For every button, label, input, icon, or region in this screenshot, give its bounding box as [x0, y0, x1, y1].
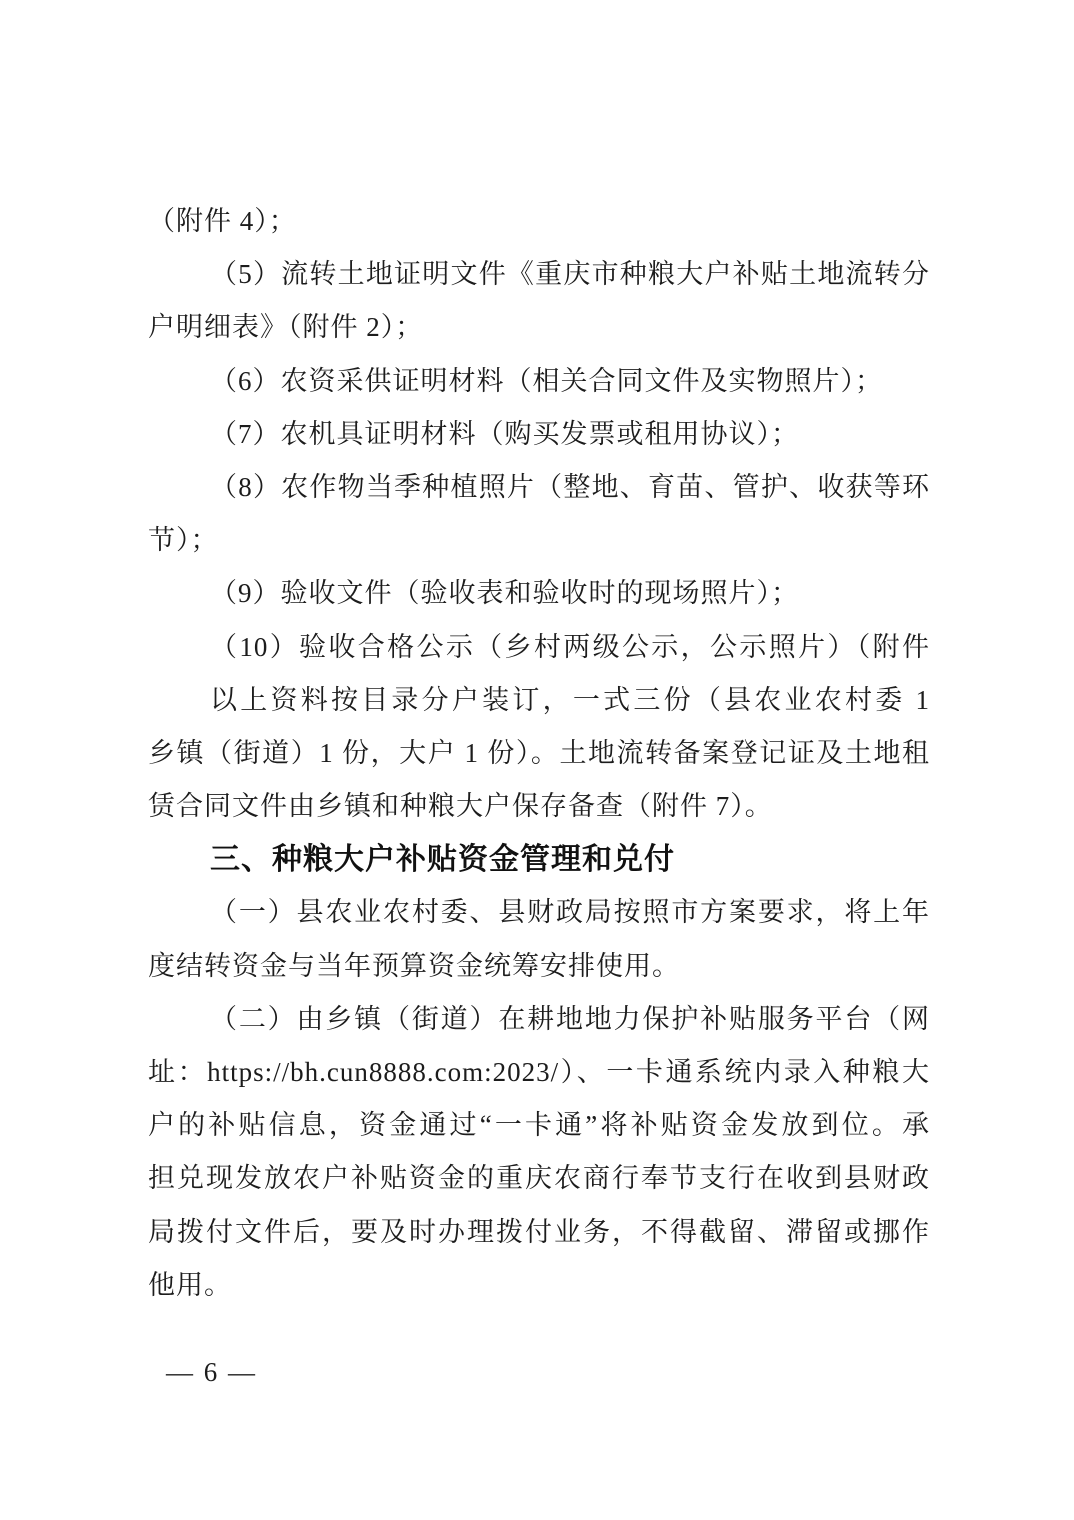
doc-line-5: （7）农机具证明材料（购买发票或租用协议）；	[148, 408, 930, 461]
doc-line-1: （附件 4）；	[148, 195, 930, 248]
doc-line-4: （6）农资采供证明材料（相关合同文件及实物照片）；	[148, 355, 930, 408]
doc-line-12: 赁合同文件由乡镇和种粮大户保存备查（附件 7）。	[148, 780, 930, 833]
doc-line-10: 以上资料按目录分户装订，一式三份（县农业农村委 1 份，	[148, 674, 930, 727]
doc-line-8: （9）验收文件（验收表和验收时的现场照片）；	[148, 567, 930, 620]
doc-line-20: 局拨付文件后，要及时办理拨付业务，不得截留、滞留或挪作	[148, 1206, 930, 1259]
doc-line-6: （8）农作物当季种植照片（整地、育苗、管护、收获等环	[148, 461, 930, 514]
doc-line-7: 节）；	[148, 514, 930, 567]
doc-line-17-url: 址：https://bh.cun8888.com:2023/）、一卡通系统内录入…	[148, 1046, 930, 1099]
doc-line-18: 户的补贴信息，资金通过“一卡通”将补贴资金发放到位。承	[148, 1099, 930, 1152]
doc-line-21: 他用。	[148, 1259, 930, 1312]
document-page: （附件 4）； （5）流转土地证明文件《重庆市种粮大户补贴土地流转分 户明细表》…	[0, 0, 1074, 1520]
doc-line-11: 乡镇（街道）1 份，大户 1 份）。土地流转备案登记证及土地租	[148, 727, 930, 780]
document-body: （附件 4）； （5）流转土地证明文件《重庆市种粮大户补贴土地流转分 户明细表》…	[148, 195, 930, 1312]
doc-line-3: 户明细表》（附件 2）；	[148, 301, 930, 354]
doc-line-16: （二）由乡镇（街道）在耕地地力保护补贴服务平台（网	[148, 993, 930, 1046]
doc-line-2: （5）流转土地证明文件《重庆市种粮大户补贴土地流转分	[148, 248, 930, 301]
section-heading: 三、种粮大户补贴资金管理和兑付	[148, 833, 930, 886]
doc-line-9: （10）验收合格公示（乡村两级公示，公示照片）（附件 6）。	[148, 621, 930, 674]
doc-line-19: 担兑现发放农户补贴资金的重庆农商行奉节支行在收到县财政	[148, 1152, 930, 1205]
doc-line-14: （一）县农业农村委、县财政局按照市方案要求，将上年	[148, 886, 930, 939]
page-number: — 6 —	[166, 1346, 257, 1399]
doc-line-15: 度结转资金与当年预算资金统筹安排使用。	[148, 940, 930, 993]
